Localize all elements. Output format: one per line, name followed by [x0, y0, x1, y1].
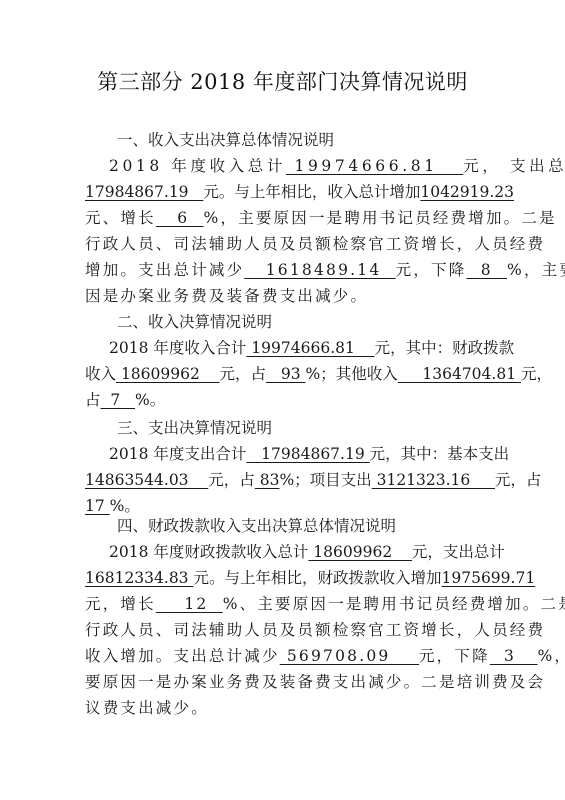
income-total-value: 19974666.81	[286, 157, 463, 175]
fiscal-income-increase-value: 1975699.71	[442, 569, 536, 587]
page-title: 第三部分 2018 年度部门决算情况说明	[0, 66, 565, 96]
paragraph-line: 17984867.19 元。与上年相比，收入总计增加1042919.23	[85, 179, 485, 205]
paragraph-line: 要原因一是办案业务费及装备费支出减少。二是培训费及会	[85, 669, 485, 695]
other-income-pct: 7	[101, 391, 136, 409]
paragraph-line: 2018 年度收入合计 19974666.81 元，其中：财政拨款	[109, 335, 509, 361]
income-growth-pct: 6	[156, 209, 204, 227]
paragraph-line: 占 7 %。	[85, 387, 485, 413]
fiscal-expense-decrease-value: 569708.09	[280, 647, 419, 665]
paragraph-line: 收入 18609962 元，占 93 %；其他收入 1364704.81 元，	[85, 361, 485, 387]
fiscal-growth-pct: 12	[156, 595, 223, 613]
expense-decrease-pct: 8	[466, 261, 507, 279]
expense-sum-value: 17984867.19	[246, 445, 369, 463]
paragraph-line: 增加。支出总计减少 1618489.14 元，下降 8 %，主要原	[85, 257, 485, 283]
fiscal-income-pct: 93	[266, 365, 305, 383]
fiscal-income-value: 18609962	[116, 365, 220, 383]
paragraph-line: 行政人员、司法辅助人员及员额检察官工资增长，人员经费	[85, 617, 485, 643]
document-page: 第三部分 2018 年度部门决算情况说明 一、收入支出决算总体情况说明 2018…	[0, 0, 565, 800]
section-3-heading: 三、支出决算情况说明	[117, 415, 517, 441]
expense-decrease-value: 1618489.14	[244, 261, 395, 279]
section-2-heading: 二、收入决算情况说明	[117, 309, 517, 335]
paragraph-line: 16812334.83 元。与上年相比，财政拨款收入增加1975699.71	[85, 565, 485, 591]
paragraph-line: 收入增加。支出总计减少 569708.09 元，下降 3 %，主	[85, 643, 485, 669]
income-sum-value: 19974666.81	[246, 339, 374, 357]
income-increase-value: 1042919.23	[420, 183, 514, 201]
paragraph-line: 议费支出减少。	[85, 695, 485, 721]
paragraph-line: 2018 年度收入总计 19974666.81 元， 支出总计	[109, 153, 509, 179]
basic-expense-value: 14863544.03	[85, 471, 208, 489]
paragraph-line: 14863544.03 元，占 83%；项目支出 3121323.16 元，占	[85, 467, 485, 493]
other-income-value: 1364704.81	[398, 365, 521, 383]
section-4-heading: 四、财政拨款收入支出决算总体情况说明	[117, 513, 517, 539]
paragraph-line: 2018 年度支出合计 17984867.19 元，其中：基本支出	[109, 441, 509, 467]
fiscal-expense-decrease-pct: 3	[490, 647, 538, 665]
paragraph-line: 元、增长 6 %，主要原因一是聘用书记员经费增加。二是	[85, 205, 485, 231]
expense-total-value: 17984867.19	[85, 183, 203, 201]
fiscal-income-total-value: 18609962	[308, 543, 412, 561]
project-expense-pct: 17	[85, 497, 110, 515]
section-1-heading: 一、收入支出决算总体情况说明	[117, 127, 517, 153]
paragraph-line: 元，增长 12 %、主要原因一是聘用书记员经费增加。二是	[85, 591, 485, 617]
basic-expense-pct: 83	[255, 471, 280, 489]
paragraph-line: 因是办案业务费及装备费支出减少。	[85, 283, 485, 309]
paragraph-line: 行政人员、司法辅助人员及员额检察官工资增长，人员经费	[85, 231, 485, 257]
fiscal-expense-total-value: 16812334.83	[85, 569, 193, 587]
paragraph-line: 2018 年度财政拨款收入总计 18609962 元，支出总计	[109, 539, 509, 565]
project-expense-value: 3121323.16	[372, 471, 495, 489]
